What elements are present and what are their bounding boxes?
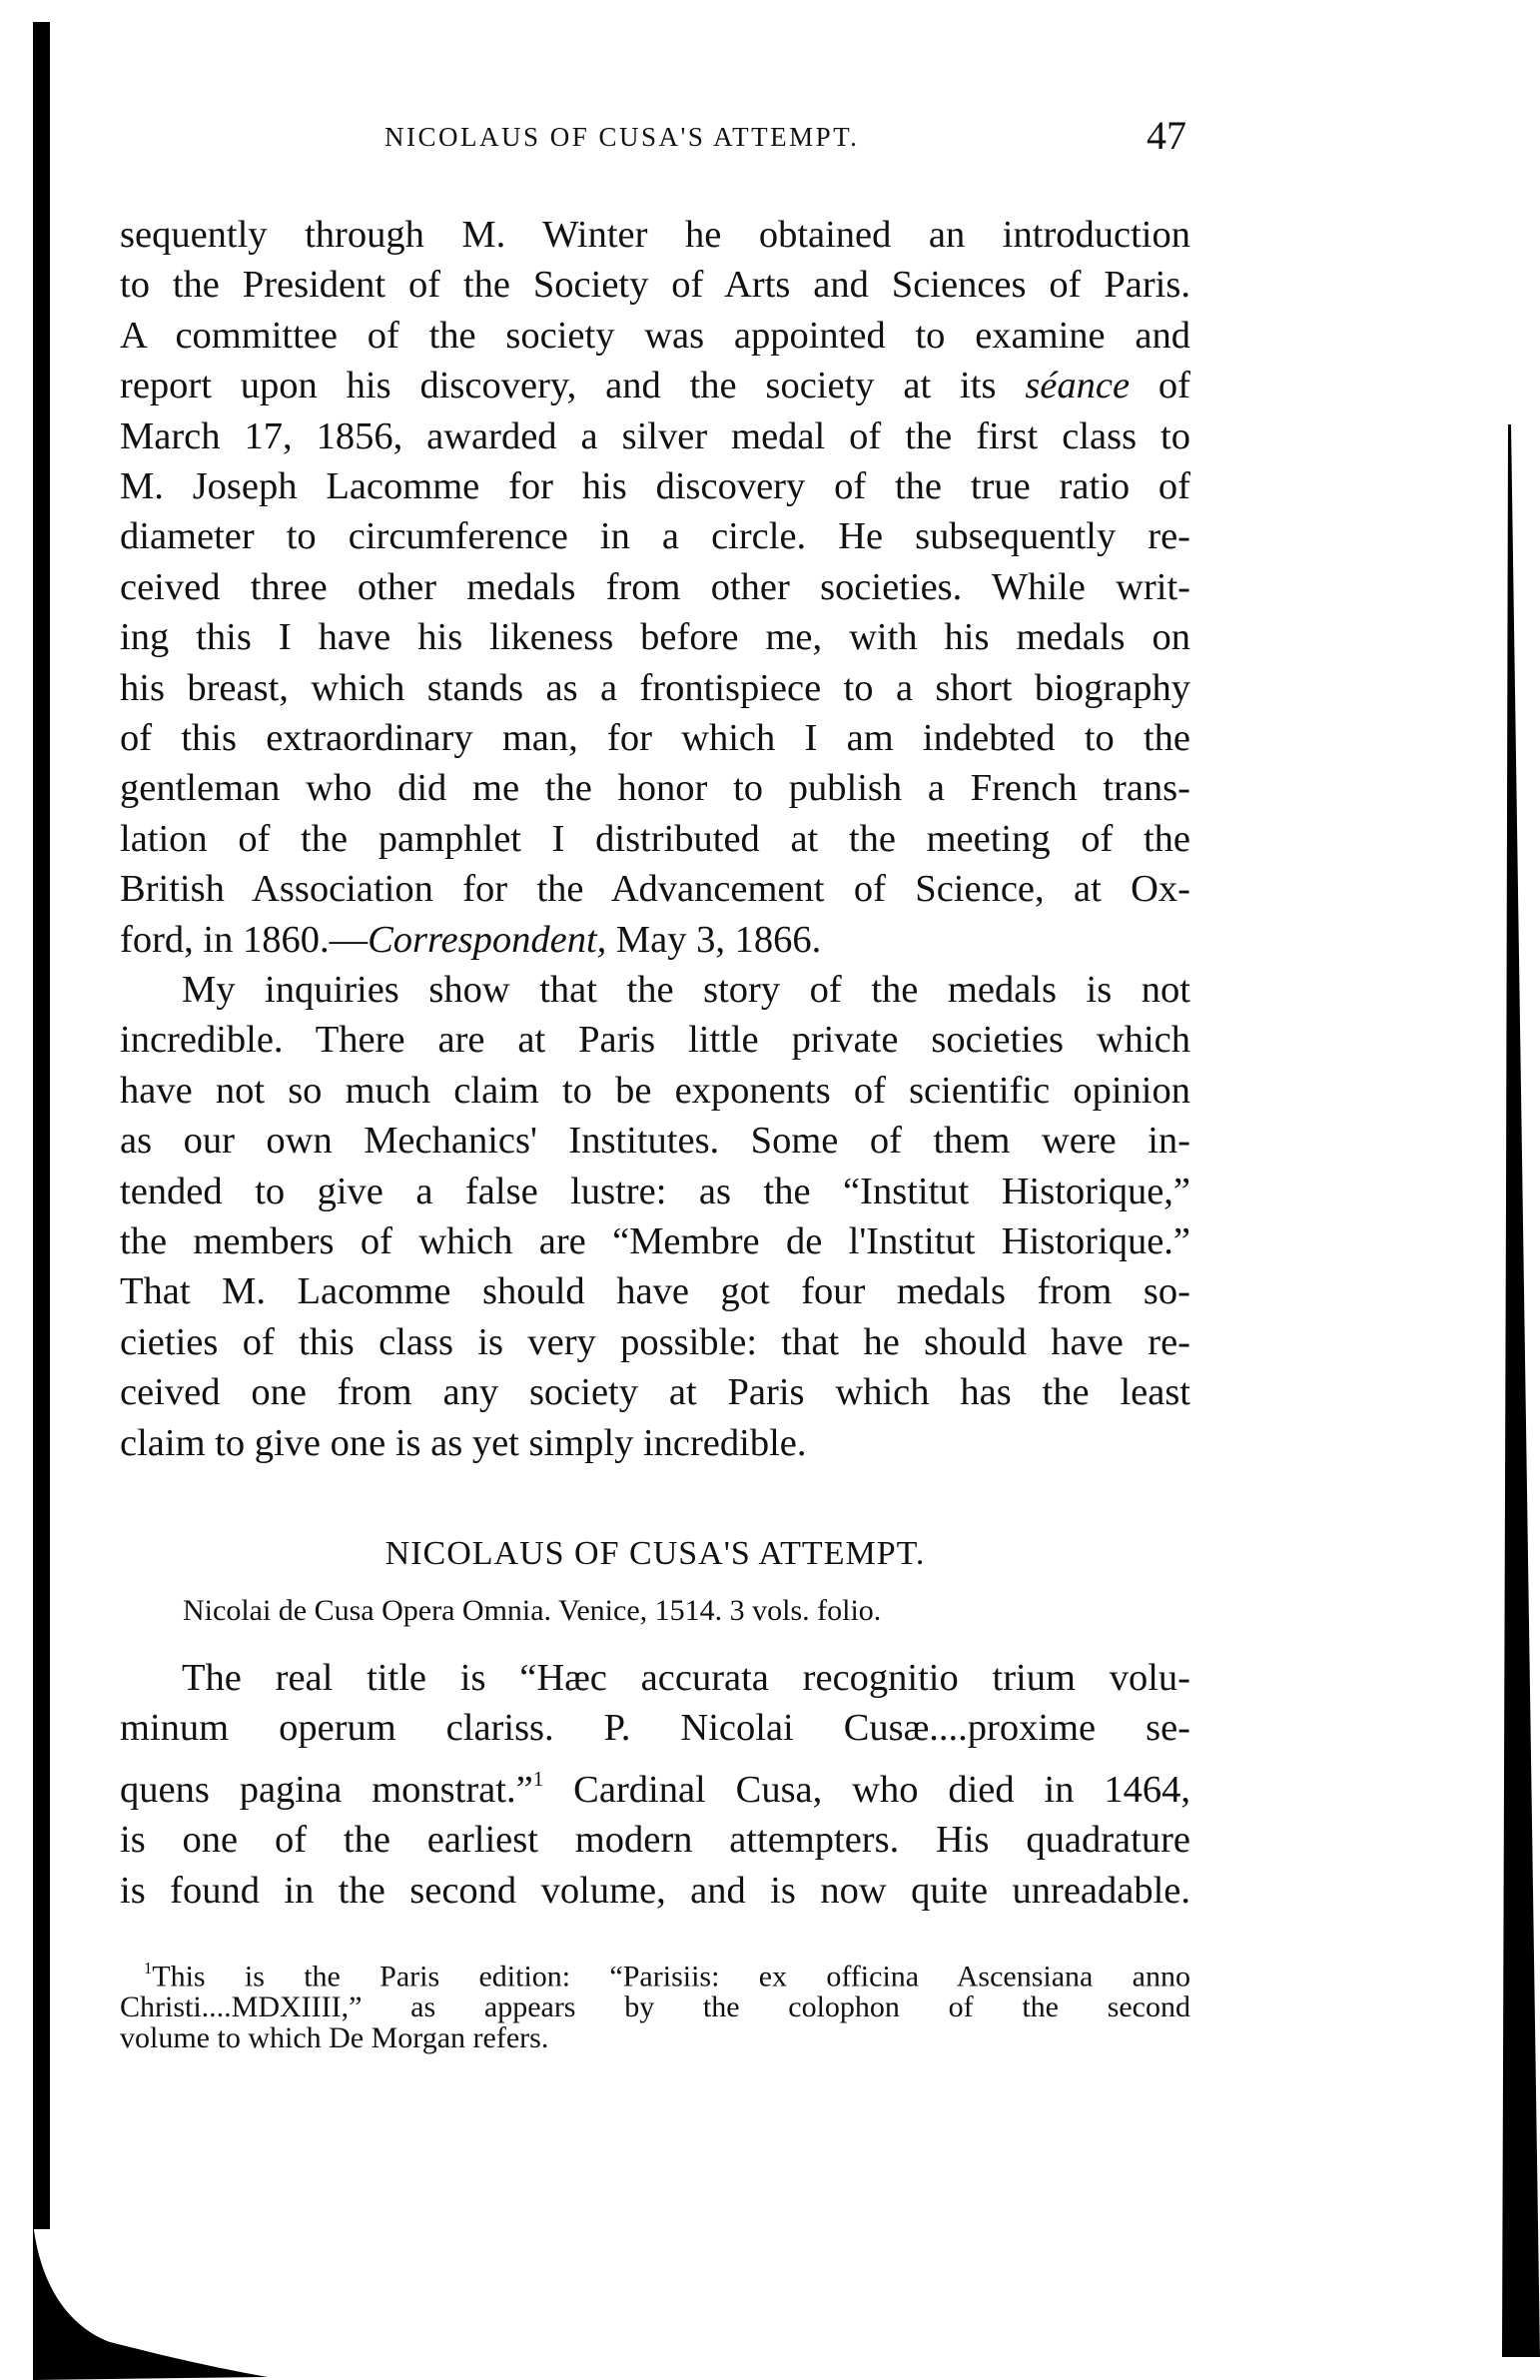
text-line: lation of the pamphlet I distributed at … [120,814,1190,864]
italic-term: séance [1025,365,1130,406]
text-line: British Association for the Advancement … [120,864,1190,914]
paragraph: My inquiries show that the story of the … [120,965,1190,1468]
text-line: ford, in 1860.—Correspondent, May 3, 186… [120,915,1190,965]
text-line: as our own Mechanics' Institutes. Some o… [120,1116,1190,1166]
text-line: sequently through M. Winter he obtained … [120,210,1190,260]
text-line: A committee of the society was appointed… [120,311,1190,361]
text-line: is one of the earliest modern attempters… [120,1815,1190,1865]
section-heading: NICOLAUS OF CUSA'S ATTEMPT. [120,1535,1190,1573]
text-line: My inquiries show that the story of the … [120,965,1190,1015]
footnote-line: 1This is the Paris edition: “Parisiis: e… [120,1953,1190,1991]
citation-source: Correspondent, [368,919,606,961]
text-line: the members of which are “Membre de l'In… [120,1216,1190,1266]
text-line: claim to give one is as yet simply incre… [120,1418,1190,1468]
text-line: March 17, 1856, awarded a silver medal o… [120,411,1190,461]
running-head: NICOLAUS OF CUSA'S ATTEMPT. [385,122,859,153]
footnote: 1This is the Paris edition: “Parisiis: e… [120,1953,1190,2053]
book-page: NICOLAUS OF CUSA'S ATTEMPT. 47 sequently… [0,0,1540,2380]
text-line: to the President of the Society of Arts … [120,260,1190,310]
text-line: ceived three other medals from other soc… [120,562,1190,612]
paragraph: The real title is “Hæc accurata recognit… [120,1653,1190,1916]
text-line: quens pagina monstrat.”1 Cardinal Cusa, … [120,1754,1190,1815]
footnote-reference[interactable]: 1 [533,1767,544,1791]
text-line: M. Joseph Lacomme for his discovery of t… [120,461,1190,511]
text-line: cieties of this class is very possible: … [120,1317,1190,1367]
text-line: report upon his discovery, and the socie… [120,361,1190,410]
footnote-marker: 1 [144,1959,152,1978]
text-line: That M. Lacomme should have got four med… [120,1266,1190,1316]
text-line: gentleman who did me the honor to publis… [120,763,1190,813]
text-line: his breast, which stands as a frontispie… [120,663,1190,713]
text-line: have not so much claim to be exponents o… [120,1066,1190,1116]
footnote-line: Christi....MDXIIII,” as appears by the c… [120,1991,1190,2022]
text-line: The real title is “Hæc accurata recognit… [120,1653,1190,1703]
footnote-line: volume to which De Morgan refers. [120,2022,1190,2053]
bibliographic-subtitle: Nicolai de Cusa Opera Omnia. Venice, 151… [183,1594,1122,1628]
page-number: 47 [1147,112,1186,159]
text-line: incredible. There are at Paris little pr… [120,1015,1190,1065]
text-line: of this extraordinary man, for which I a… [120,713,1190,763]
citation-date: May 3, 1866. [606,919,821,961]
text-line: is found in the second volume, and is no… [120,1866,1190,1916]
text-line: minum operum clariss. P. Nicolai Cusæ...… [120,1703,1190,1753]
paragraph-continued: sequently through M. Winter he obtained … [120,210,1190,965]
text-line: ing this I have his likeness before me, … [120,612,1190,662]
text-line: tended to give a false lustre: as the “I… [120,1167,1190,1216]
text-line: diameter to circumference in a circle. H… [120,511,1190,561]
text-line: ceived one from any society at Paris whi… [120,1367,1190,1417]
